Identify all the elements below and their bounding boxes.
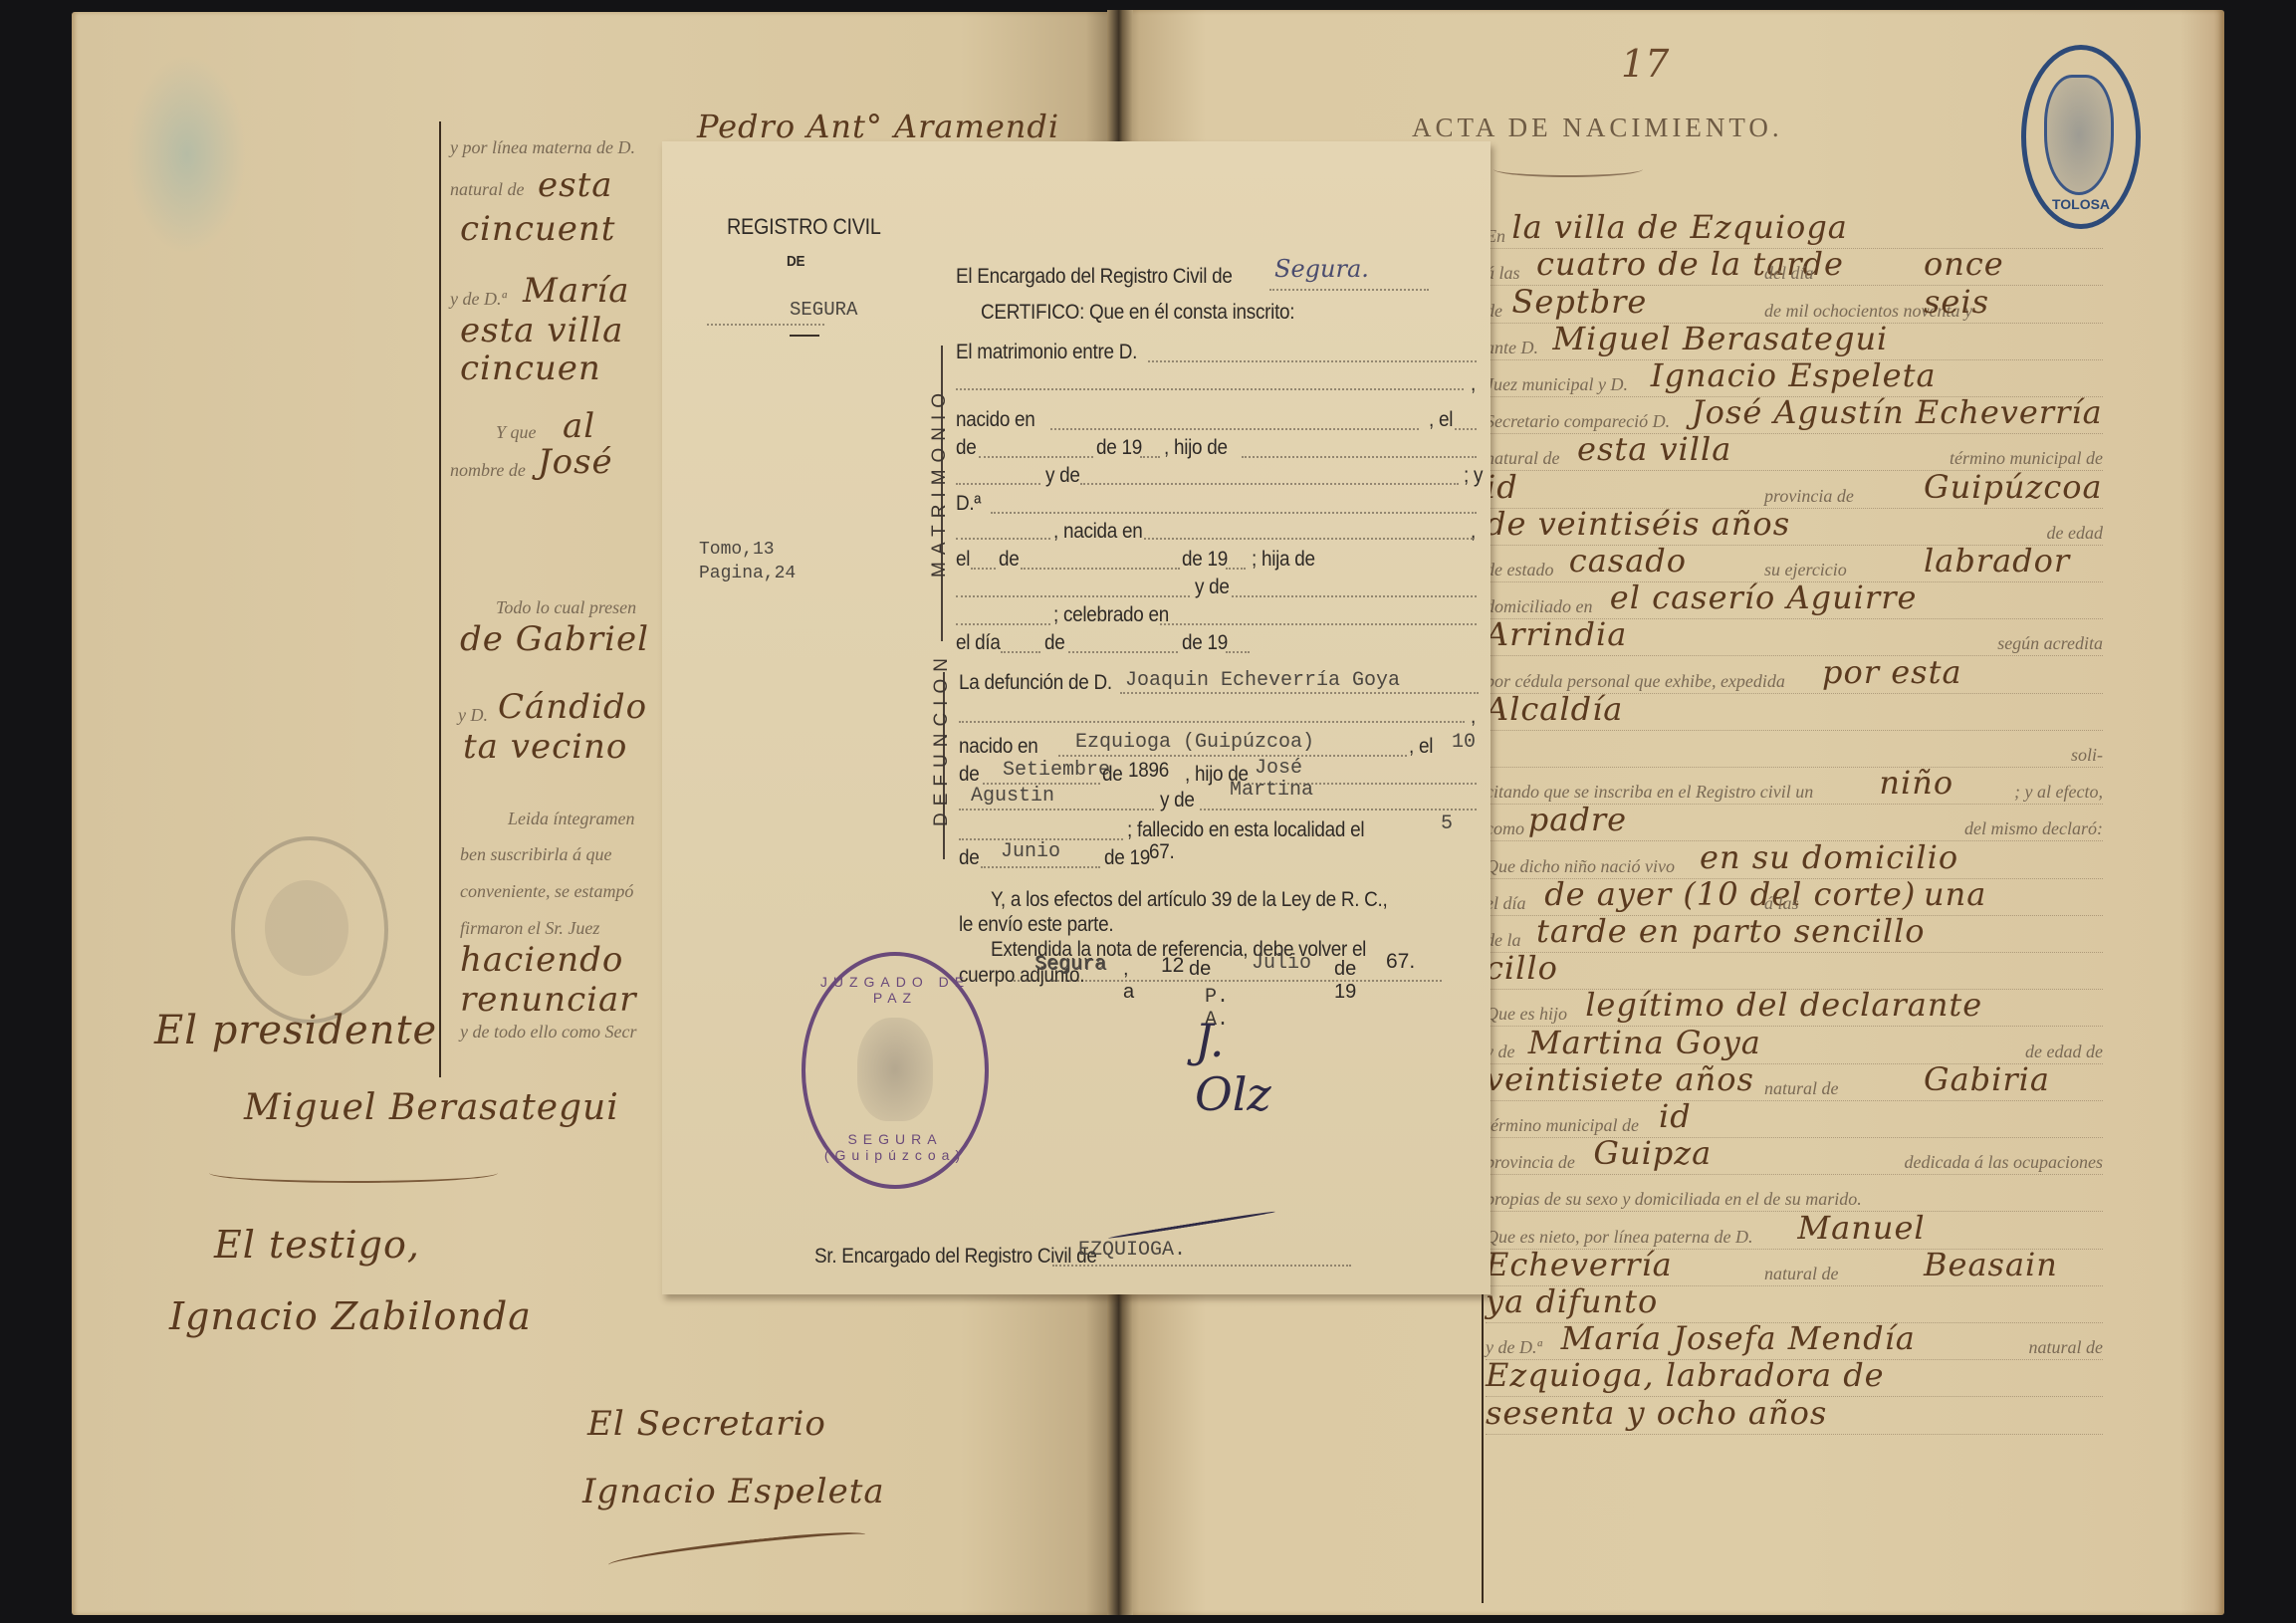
handwritten-text: María [523,271,629,311]
form-label: de 19 [1182,548,1228,572]
handwritten-text: Manuel [1797,1209,1925,1247]
printed-label: como [1486,818,1524,839]
birth-day-value: 10 [1452,731,1476,754]
handwritten-text: tarde en parto sencillo [1536,912,1926,950]
deceased-name: Joaquin Echeverría Goya [1125,669,1400,692]
printed-label: nombre de [450,460,526,481]
ink-offset-stain [127,55,247,254]
handwritten-text: Arrindia [1486,615,1627,653]
printed-label: Y que [496,422,537,443]
handwritten-text: Alcaldía [1486,690,1623,728]
record-row: de latarde en parto sencillo [1486,921,2103,958]
form-label: ; celebrado en [1053,603,1169,627]
printed-label: de la [1486,930,1521,951]
form-label: y de [1195,576,1230,599]
form-label: de [956,436,976,460]
handwritten-text: por esta [1822,653,1962,691]
record-row: término municipal deid [1486,1106,2103,1143]
handwritten-text: al [563,406,595,446]
date-day: 12 [1161,954,1184,978]
printed-label: citando que se inscriba en el Registro c… [1486,782,1813,803]
date-month: Julio [1252,952,1311,975]
form-label: de [959,846,979,870]
left-page-margin-rule [439,121,441,1077]
handwritten-text: padre [1528,801,1627,838]
printed-label: ; y al efecto, [2014,782,2103,803]
handwritten-text: ya difunto [1486,1282,1658,1320]
printed-label: Juez municipal y D. [1486,374,1628,395]
printed-label: Que es hijo [1486,1004,1567,1025]
father-name-2: Agustin [971,785,1054,808]
printed-label: y D. [458,705,488,726]
page-title: ACTA DE NACIMIENTO. [1412,113,1783,143]
handwritten-text: cincuen [460,348,601,388]
printed-label: según acredita [1997,633,2103,654]
signature-secretario: Ignacio Espeleta [582,1472,885,1511]
printed-label: Que es nieto, por línea paterna de D. [1486,1227,1752,1248]
death-certificate-insert: REGISTRO CIVIL DE SEGURA El Encargado de… [662,141,1491,1294]
handwritten-text: José Agustín Echeverría [1692,393,2103,431]
date-dotted-rule [1014,980,1442,982]
handwritten-text: haciendo [460,940,623,980]
tomo-value: Tomo,13 [699,540,775,560]
handwritten-text: esta villa [460,311,623,350]
registry-header-de: DE [787,253,804,270]
form-label: , nacida en [1053,520,1143,544]
death-day-value: 5 [1441,812,1453,835]
printed-label: por cédula personal que exhibe, expedida [1486,671,1785,692]
death-year-value: 67. [1149,840,1174,864]
form-label: el [956,548,970,572]
juzgado-de-paz-stamp: JUZGADO DE PAZ SEGURA (Guipúzcoa) [802,952,989,1189]
form-label: El matrimonio entre D. [956,341,1137,364]
printed-label: de edad de [2025,1042,2103,1062]
handwritten-text: Ezquioga, labradora de [1486,1356,1885,1394]
header-underline [790,335,819,337]
matrimonio-section-label: MATRIMONIO [929,386,951,578]
printed-label: del día [1764,263,1814,284]
printed-label: y de todo ello como Secr [460,1022,636,1043]
printed-label: natural de [2029,1337,2104,1358]
form-label: ; y [1464,464,1483,488]
date-place: Segura [1035,954,1107,977]
form-label: nacido en [956,408,1035,432]
printed-label: natural de [1486,448,1560,469]
printed-label: ante D. [1486,338,1538,358]
printed-label: conveniente, se estampó [460,881,633,902]
handwritten-text: ta vecino [463,727,627,767]
handwritten-text: de ayer (10 del corte) [1544,875,1916,913]
signature-testigo: Ignacio Zabilonda [169,1294,532,1338]
title-flourish [1493,161,1643,177]
pagina-value: Pagina,24 [699,564,796,583]
handwritten-text: id [1659,1097,1692,1135]
printed-label: y de D.ª [450,289,506,310]
handwritten-text: Martina Goya [1528,1024,1761,1061]
coat-of-arms-icon [2044,75,2114,195]
handwritten-text: el caserío Aguirre [1610,579,1918,616]
form-label: , [1471,705,1476,729]
form-label: , [1471,372,1476,396]
defuncion-section-label: DEFUNCION [931,651,953,826]
birth-month-value: Setiembre [1003,759,1110,782]
date-year: 67. [1386,950,1415,974]
handwritten-text: Echeverría [1486,1246,1673,1283]
registry-header: REGISTRO CIVIL [727,214,881,240]
handwritten-text: Guipúzcoa [1924,468,2103,506]
record-row: propias de su sexo y domiciliada en el d… [1486,1180,2103,1217]
form-label: , el [1409,735,1433,759]
encargado-label: El Encargado del Registro Civil de [956,265,1233,289]
legal-paragraph: le envío este parte. [959,913,1113,937]
printed-label: natural de [1764,1078,1839,1099]
printed-label: dedicada á las ocupaciones [1905,1152,2103,1173]
court-seal-stamp: TOLOSA [2021,45,2141,229]
printed-label: su ejercicio [1764,560,1847,580]
handwritten-text: Ignacio Espeleta [1651,356,1937,394]
form-label: , el [1429,408,1453,432]
handwritten-text: cincuent [460,209,615,249]
form-label: , hijo de [1164,436,1228,460]
printed-label: del mismo declaró: [1964,818,2103,839]
handwritten-top-name: Pedro Ant° Aramendi [697,108,1059,145]
form-label: de [1044,631,1064,655]
handwritten-text: Septbre [1511,283,1647,321]
mother-name: Martina [1230,779,1313,802]
form-label: de 19 [1104,846,1150,870]
printed-label: ben suscribirla á que [460,844,612,865]
printed-label: á las [1486,263,1520,284]
handwritten-text: una [1924,875,1986,913]
eagle-emblem-icon [857,1018,933,1121]
handwritten-text: esta [538,165,613,205]
record-row: veintisiete añosnatural deGabiria [1486,1069,2103,1106]
date-label: de [1189,958,1211,981]
form-label: el día [956,631,1001,655]
secretario-label: El Secretario [587,1404,826,1444]
printed-label: propias de su sexo y domiciliada en el d… [1486,1189,1862,1210]
printed-label: Leida íntegramen [508,809,635,829]
handwritten-text: cillo [1486,949,1558,987]
handwritten-text: seis [1924,283,1989,321]
handwritten-text: once [1924,245,2004,283]
handwritten-text: la villa de Ezquioga [1511,208,1847,246]
form-label: de [959,763,979,787]
handwritten-text: niño [1879,764,1953,802]
printed-label: Secretario compareció D. [1486,411,1670,432]
handwritten-text: esta villa [1577,430,1731,468]
printed-label: de estado [1486,560,1553,580]
record-row: sesenta y ocho años [1486,1402,2103,1439]
handwritten-text: legítimo del declarante [1585,986,1982,1024]
printed-label: de edad [2047,523,2103,544]
father-name-1: José [1255,757,1302,780]
testigo-label: El testigo, [214,1223,420,1267]
handwritten-text: labrador [1924,542,2070,580]
printed-label: provincia de [1486,1152,1575,1173]
printed-label: provincia de [1764,486,1854,507]
birthplace-value: Ezquioga (Guipúzcoa) [1075,731,1314,754]
printed-label: natural de [450,179,525,200]
page-number: 17 [1621,42,1669,86]
birth-year-value: 1896 [1128,759,1169,783]
record-row: Alcaldía [1486,699,2103,736]
signature-flourish [209,1163,498,1183]
printed-label: soli- [2071,745,2103,766]
form-label: La defunción de D. [959,671,1112,695]
handwritten-text: Guipza [1593,1134,1712,1172]
form-label: , [1471,520,1476,544]
handwritten-text: Beasain [1924,1246,2058,1283]
form-label: de [999,548,1019,572]
printed-label: natural de [1764,1264,1839,1284]
form-label: ; hija de [1252,548,1315,572]
handwritten-text: Miguel Berasategui [1552,320,1888,357]
handwritten-text: Gabiria [1924,1060,2050,1098]
form-label: D.ª [956,492,981,516]
handwritten-text: veintisiete años [1486,1060,1754,1098]
encargado-value: Segura. [1274,255,1369,283]
legal-paragraph: Y, a los efectos del artículo 39 de la L… [991,888,1388,912]
printed-label: firmaron el Sr. Juez [460,918,599,939]
left-page-seal-stamp [231,836,388,1024]
printed-label: término municipal de [1486,1115,1639,1136]
death-month-value: Junio [1001,840,1060,863]
printed-label: el día [1486,893,1526,914]
handwritten-text: de Gabriel [460,619,649,659]
form-label: y de [1160,789,1195,812]
printed-label: domiciliado en [1486,596,1592,617]
printed-label: término municipal de [1950,448,2103,469]
handwritten-text: en su domicilio [1700,838,1958,876]
record-row: soli- [1486,736,2103,773]
printed-label: y de D.ª [1486,1337,1541,1358]
handwritten-text: José [538,442,613,482]
registry-place: SEGURA [790,299,857,321]
right-page-margin-rule [1482,1284,1484,1603]
record-row: provincia deGuipzadedicada á las ocupaci… [1486,1143,2103,1180]
handwritten-text: Cándido [498,687,647,727]
handwritten-text: María Josefa Mendía [1561,1319,1916,1357]
form-label: de 19 [1182,631,1228,655]
signature-underline [1108,1210,1275,1240]
form-label: ; fallecido en esta localidad el [1127,818,1364,842]
signature-miguel-berasategui: Miguel Berasategui [244,1087,619,1128]
handwritten-text: sesenta y ocho años [1486,1394,1827,1432]
form-label: de [1102,763,1122,787]
official-signature: J. Olz [1195,1014,1271,1121]
handwritten-text: de veintiséis años [1486,505,1790,543]
printed-label: á las [1764,893,1799,914]
printed-label: Todo lo cual presen [496,597,636,618]
form-label: y de [1045,464,1080,488]
printed-label: y por línea materna de D. [450,137,635,158]
signature-presidente: El presidente [154,1008,437,1053]
record-row: Arrindiasegún acredita [1486,624,2103,661]
certifico-line: CERTIFICO: Que en él consta inscrito: [981,301,1294,325]
form-label: de 19 [1096,436,1142,460]
handwritten-text: casado [1569,542,1687,580]
form-label: nacido en [959,735,1038,759]
printed-label: Que dicho niño nació vivo [1486,856,1675,877]
addressee-value: EZQUIOGA. [1078,1239,1186,1262]
handwritten-text: renunciar [460,980,637,1020]
